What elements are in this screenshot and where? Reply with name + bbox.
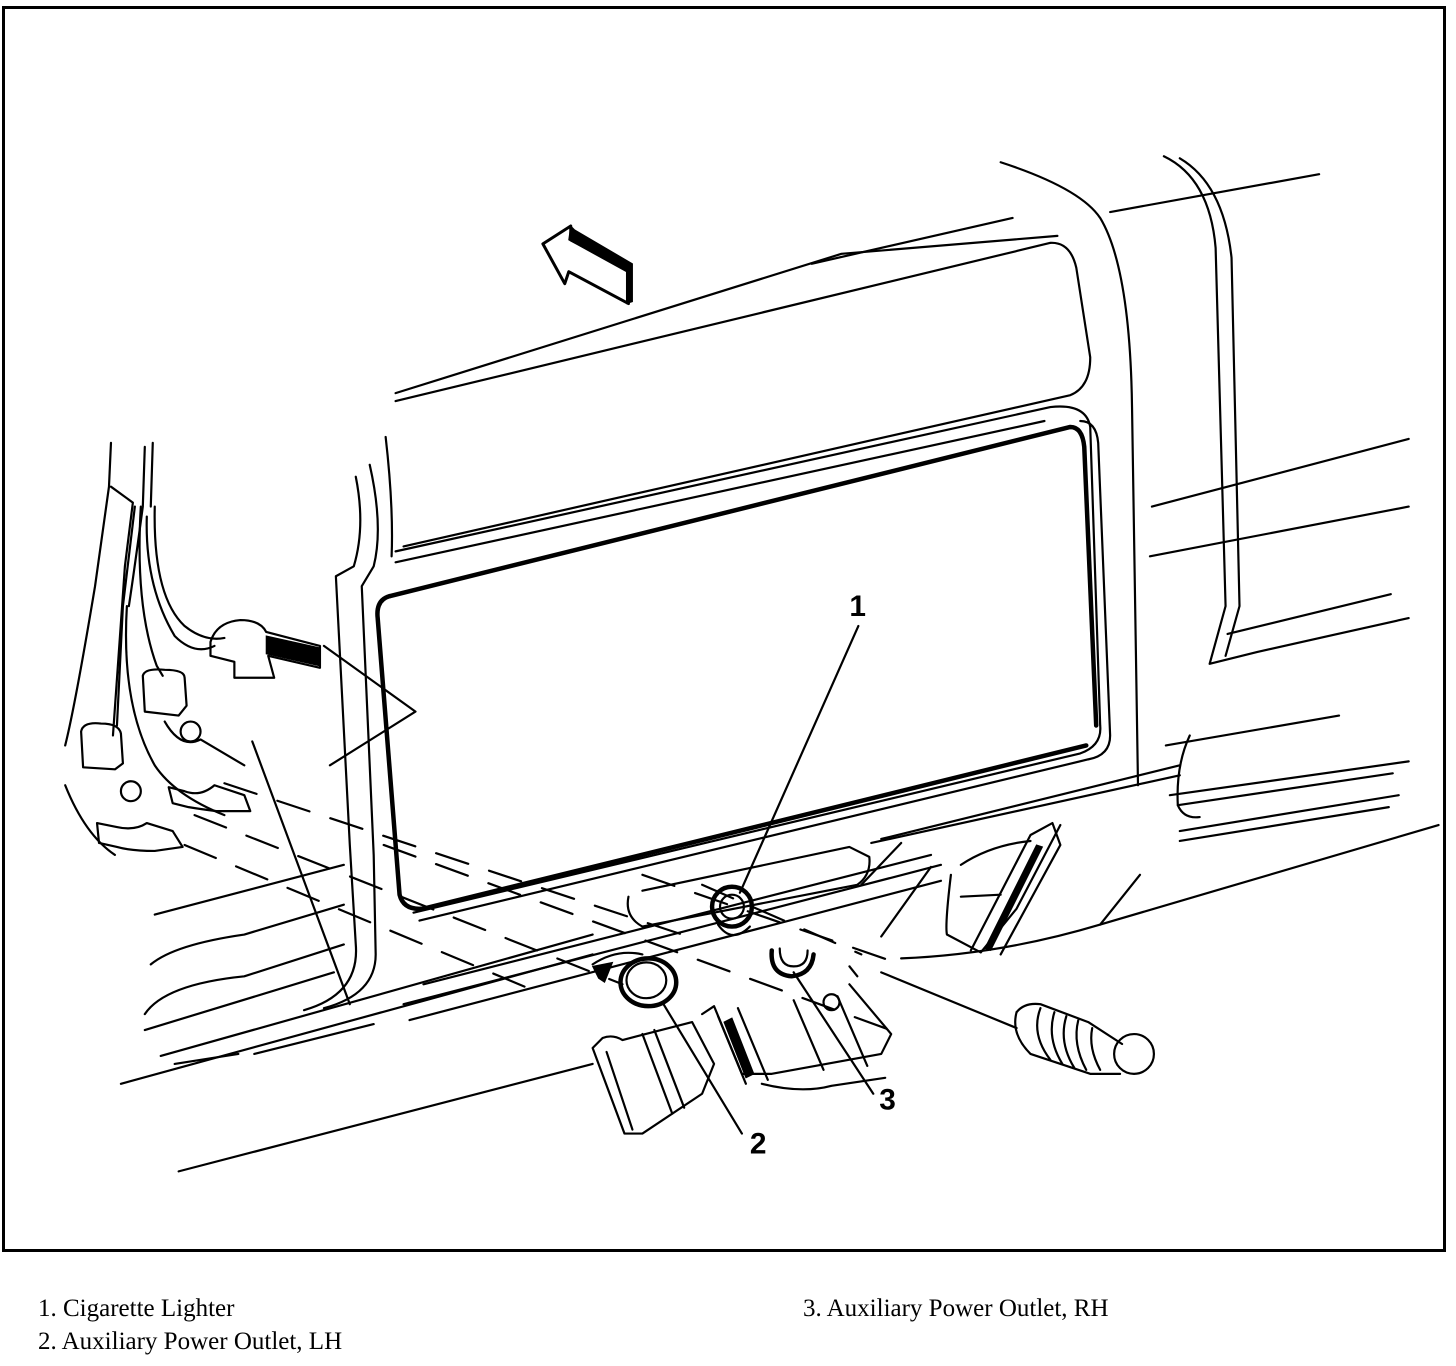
figure-frame: 1 2 3 (2, 6, 1446, 1252)
mounting-tab (252, 646, 415, 1004)
aux-power-outlet-lh (621, 958, 677, 1006)
right-side-vent (946, 823, 1060, 954)
callout-2: 2 (750, 1127, 767, 1160)
front-of-vehicle-arrow-icon (543, 226, 633, 304)
lower-trim-contour (121, 716, 1439, 1172)
left-pillar (304, 437, 392, 1010)
line-drawing: 1 2 3 (5, 9, 1443, 1249)
connector-upper (210, 620, 319, 678)
outlet-cover-lh (593, 1022, 714, 1133)
legend-right: 3. Auxiliary Power Outlet, RH (803, 1292, 1109, 1325)
legend-item-aux-outlet-rh: 3. Auxiliary Power Outlet, RH (803, 1292, 1109, 1325)
outlet-housing (593, 843, 931, 982)
instrument-cluster-bezel (396, 243, 1101, 913)
connector-middle (143, 669, 250, 811)
legend-item-cigarette-lighter: 1. Cigarette Lighter (38, 1292, 342, 1325)
legend-item-aux-outlet-lh: 2. Auxiliary Power Outlet, LH (38, 1325, 342, 1358)
lighter-element (881, 972, 1154, 1074)
aux-power-outlet-rh (772, 948, 814, 976)
callout-3: 3 (879, 1084, 896, 1117)
connector-lower (81, 723, 183, 851)
callout-1: 1 (849, 590, 866, 623)
legend-left: 1. Cigarette Lighter 2. Auxiliary Power … (38, 1292, 342, 1358)
outlet-cover-rh (702, 984, 891, 1089)
